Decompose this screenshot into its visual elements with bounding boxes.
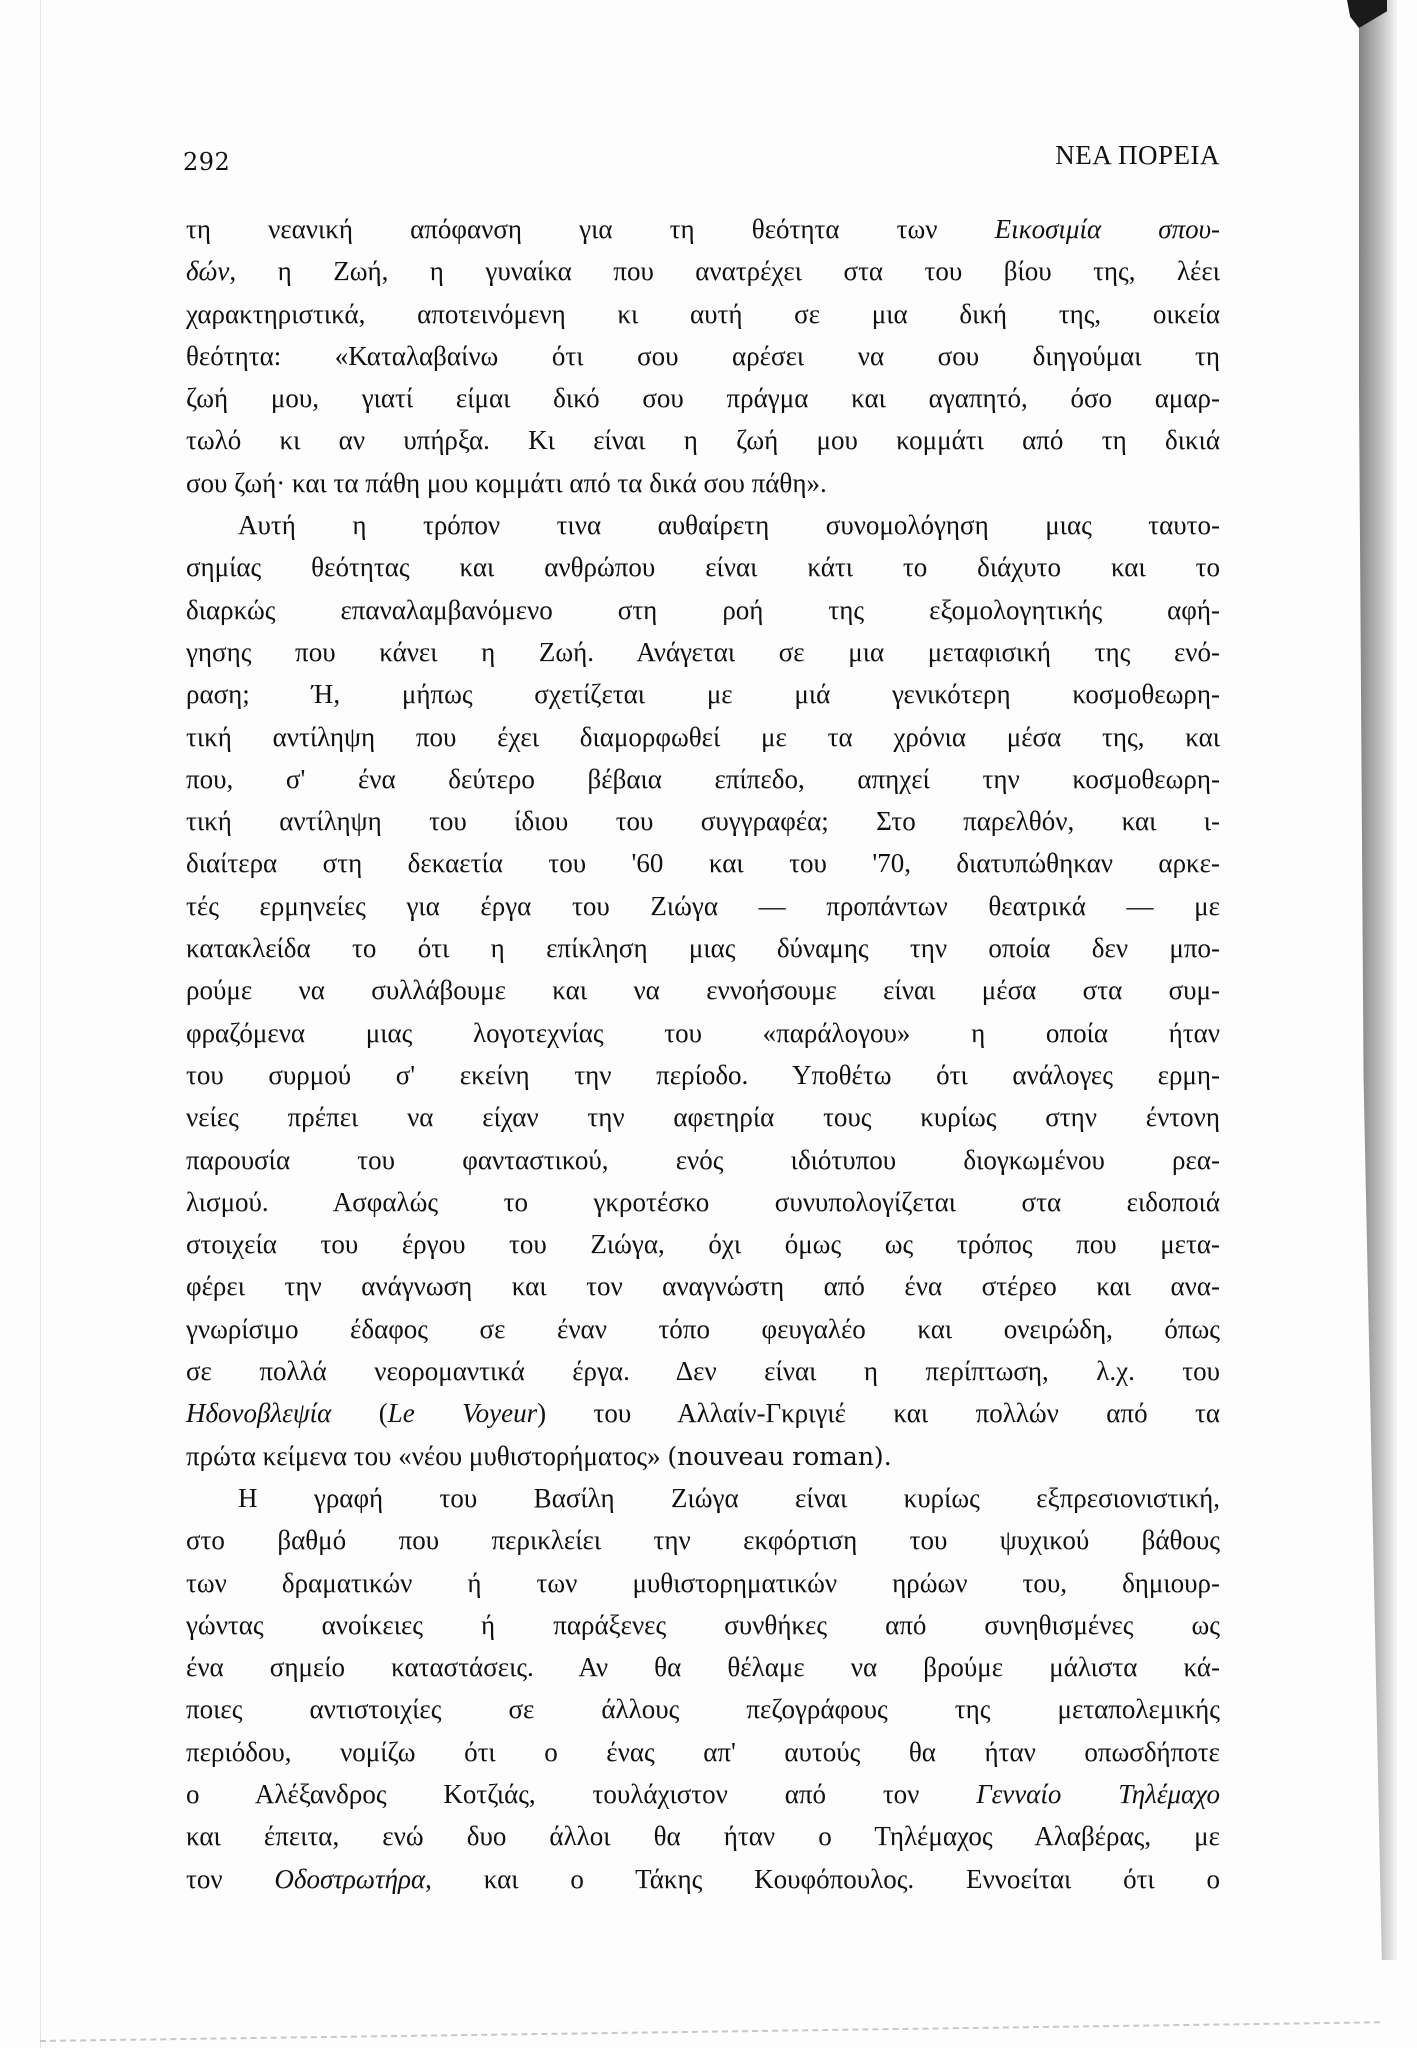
text-line: Η γραφή του Βασίλη Ζιώγα είναι κυρίως εξ…: [186, 1477, 1220, 1519]
binding-shadow: [1359, 0, 1397, 1960]
text-line: γνωρίσιμο έδαφος σε έναν τόπο φευγαλέο κ…: [186, 1308, 1220, 1350]
text-segment: γώντας ανοίκειες ή παράξενες συνθήκες απ…: [186, 1610, 1220, 1640]
text-line: φραζόμενα μιας λογοτεχνίας του «παράλογο…: [186, 1012, 1220, 1054]
text-line: λισμού. Ασφαλώς το γκροτέσκο συνυπολογίζ…: [186, 1181, 1220, 1223]
text-segment: (nouveau roman).: [667, 1442, 891, 1471]
italic-title: Le Voyeur: [388, 1398, 537, 1428]
page-header: 292 ΝΕΑ ΠΟΡΕΙΑ: [183, 140, 1220, 180]
text-line: ο Αλέξανδρος Κοτζιάς, τουλάχιστον από το…: [186, 1773, 1220, 1815]
text-segment: τές ερμηνείες για έργα του Ζιώγα — προπά…: [186, 891, 1220, 921]
text-line: τωλό κι αν υπήρξα. Κι είναι η ζωή μου κο…: [186, 419, 1220, 461]
body-text: τη νεανική απόφανση για τη θεότητα των Ε…: [186, 208, 1220, 1900]
text-segment: ζωή μου, γιατί είμαι δικό σου πράγμα και…: [186, 383, 1220, 413]
text-segment: παρουσία του φανταστικού, ενός ιδιότυπου…: [186, 1145, 1220, 1175]
text-segment: , και ο Τάκης Κουφόπουλος. Εννοείται ότι…: [425, 1864, 1220, 1894]
text-line: παρουσία του φανταστικού, ενός ιδιότυπου…: [186, 1139, 1220, 1181]
text-segment: περιόδου, νομίζω ότι ο ένας απ' αυτούς θ…: [186, 1737, 1220, 1767]
italic-title: δών: [186, 256, 229, 286]
text-line: κατακλείδα το ότι η επίκληση μιας δύναμη…: [186, 927, 1220, 969]
text-line: ζωή μου, γιατί είμαι δικό σου πράγμα και…: [186, 377, 1220, 419]
text-line: Ηδονοβλεψία (Le Voyeur) του Αλλαίν-Γκριγ…: [186, 1392, 1220, 1434]
text-line: τική αντίληψη που έχει διαμορφωθεί με τα…: [186, 716, 1220, 758]
text-segment: νείες πρέπει να είχαν την αφετηρία τους …: [186, 1102, 1220, 1132]
text-line: φέρει την ανάγνωση και τον αναγνώστη από…: [186, 1265, 1220, 1307]
text-segment: χαρακτηριστικά, αποτεινόμενη κι αυτή σε …: [186, 299, 1220, 329]
text-segment: γησης που κάνει η Ζωή. Ανάγεται σε μια μ…: [186, 637, 1220, 667]
text-segment: διαίτερα στη δεκαετία του '60 και του '7…: [186, 848, 1220, 878]
text-segment: σημίας θεότητας και ανθρώπου είναι κάτι …: [186, 552, 1220, 582]
text-segment: ποιες αντιστοιχίες σε άλλους πεζογράφους…: [186, 1694, 1220, 1724]
text-segment: λισμού. Ασφαλώς το γκροτέσκο συνυπολογίζ…: [186, 1187, 1220, 1217]
text-segment: σε πολλά νεορομαντικά έργα. Δεν είναι η …: [186, 1356, 1220, 1386]
italic-title: Οδοστρωτήρα: [274, 1864, 425, 1894]
page-left-edge: [40, 0, 41, 2048]
text-line: γησης που κάνει η Ζωή. Ανάγεται σε μια μ…: [186, 631, 1220, 673]
text-line: διαίτερα στη δεκαετία του '60 και του '7…: [186, 842, 1220, 884]
text-line: του συρμού σ' εκείνη την περίοδο. Υποθέτ…: [186, 1054, 1220, 1096]
text-segment: διαρκώς επαναλαμβανόμενο στη ροή της εξο…: [186, 595, 1220, 625]
text-line: ποιες αντιστοιχίες σε άλλους πεζογράφους…: [186, 1688, 1220, 1730]
text-segment: , η Ζωή, η γυναίκα που ανατρέχει στα του…: [229, 256, 1220, 286]
text-segment: τική αντίληψη του ίδιου του συγγραφέα; Σ…: [186, 806, 1220, 836]
text-line: που, σ' ένα δεύτερο βέβαια επίπεδο, απηχ…: [186, 758, 1220, 800]
text-line: πρώτα κείμενα του «νέου μυθιστορήματος» …: [186, 1435, 1220, 1477]
text-line: σημίας θεότητας και ανθρώπου είναι κάτι …: [186, 546, 1220, 588]
page-bottom-edge: [40, 2021, 1380, 2042]
text-line: γώντας ανοίκειες ή παράξενες συνθήκες απ…: [186, 1604, 1220, 1646]
text-line: των δραματικών ή των μυθιστορηματικών ηρ…: [186, 1562, 1220, 1604]
text-segment: κατακλείδα το ότι η επίκληση μιας δύναμη…: [186, 933, 1220, 963]
text-segment: του συρμού σ' εκείνη την περίοδο. Υποθέτ…: [186, 1060, 1220, 1090]
text-segment: τωλό κι αν υπήρξα. Κι είναι η ζωή μου κο…: [186, 425, 1220, 455]
text-segment: ) του Αλλαίν-Γκριγιέ και πολλών από τα: [537, 1398, 1220, 1428]
page-number: 292: [183, 148, 230, 176]
text-segment: ρούμε να συλλάβουμε και να εννοήσουμε εί…: [186, 975, 1220, 1005]
text-segment: πρώτα κείμενα του «νέου μυθιστορήματος»: [186, 1441, 667, 1471]
text-line: δών, η Ζωή, η γυναίκα που ανατρέχει στα …: [186, 250, 1220, 292]
text-line: νείες πρέπει να είχαν την αφετηρία τους …: [186, 1096, 1220, 1138]
text-line: θεότητα: «Καταλαβαίνω ότι σου αρέσει να …: [186, 335, 1220, 377]
text-line: τική αντίληψη του ίδιου του συγγραφέα; Σ…: [186, 800, 1220, 842]
text-segment: (: [331, 1398, 387, 1428]
text-line: διαρκώς επαναλαμβανόμενο στη ροή της εξο…: [186, 589, 1220, 631]
text-line: χαρακτηριστικά, αποτεινόμενη κι αυτή σε …: [186, 293, 1220, 335]
text-segment: γνωρίσιμο έδαφος σε έναν τόπο φευγαλέο κ…: [186, 1314, 1220, 1344]
text-segment: θεότητα: «Καταλαβαίνω ότι σου αρέσει να …: [186, 341, 1220, 371]
text-segment: τον: [186, 1864, 274, 1894]
running-head: ΝΕΑ ΠΟΡΕΙΑ: [1055, 140, 1220, 171]
text-line: ένα σημείο καταστάσεις. Αν θα θέλαμε να …: [186, 1646, 1220, 1688]
scanned-book-page: 292 ΝΕΑ ΠΟΡΕΙΑ τη νεανική απόφανση για τ…: [0, 0, 1417, 2048]
text-line: Αυτή η τρόπον τινα αυθαίρετη συνομολόγησ…: [186, 504, 1220, 546]
italic-title: Γενναίο Τηλέμαχο: [976, 1779, 1220, 1809]
text-segment: φραζόμενα μιας λογοτεχνίας του «παράλογο…: [186, 1018, 1220, 1048]
text-segment: Η γραφή του Βασίλη Ζιώγα είναι κυρίως εξ…: [238, 1483, 1220, 1513]
text-segment: τη νεανική απόφανση για τη θεότητα των: [186, 214, 995, 244]
text-line: στοιχεία του έργου του Ζιώγα, όχι όμως ω…: [186, 1223, 1220, 1265]
text-segment: ένα σημείο καταστάσεις. Αν θα θέλαμε να …: [186, 1652, 1220, 1682]
text-line: τον Οδοστρωτήρα, και ο Τάκης Κουφόπουλος…: [186, 1858, 1220, 1900]
italic-title: Εικοσιμία σπου-: [995, 214, 1220, 244]
italic-title: Ηδονοβλεψία: [186, 1398, 331, 1428]
text-segment: ραση; Ή, μήπως σχετίζεται με μιά γενικότ…: [186, 679, 1220, 709]
text-segment: Αυτή η τρόπον τινα αυθαίρετη συνομολόγησ…: [238, 510, 1220, 540]
text-segment: και έπειτα, ενώ δυο άλλοι θα ήταν ο Τηλέ…: [186, 1821, 1220, 1851]
text-line: στο βαθμό που περικλείει την εκφόρτιση τ…: [186, 1519, 1220, 1561]
text-segment: φέρει την ανάγνωση και τον αναγνώστη από…: [186, 1271, 1220, 1301]
text-line: σου ζωή· και τα πάθη μου κομμάτι από τα …: [186, 462, 1220, 504]
text-segment: στοιχεία του έργου του Ζιώγα, όχι όμως ω…: [186, 1229, 1220, 1259]
text-segment: τική αντίληψη που έχει διαμορφωθεί με τα…: [186, 722, 1220, 752]
text-segment: στο βαθμό που περικλείει την εκφόρτιση τ…: [186, 1525, 1220, 1555]
text-line: περιόδου, νομίζω ότι ο ένας απ' αυτούς θ…: [186, 1731, 1220, 1773]
text-line: σε πολλά νεορομαντικά έργα. Δεν είναι η …: [186, 1350, 1220, 1392]
text-line: και έπειτα, ενώ δυο άλλοι θα ήταν ο Τηλέ…: [186, 1815, 1220, 1857]
text-line: τη νεανική απόφανση για τη θεότητα των Ε…: [186, 208, 1220, 250]
text-line: ραση; Ή, μήπως σχετίζεται με μιά γενικότ…: [186, 673, 1220, 715]
text-line: ρούμε να συλλάβουμε και να εννοήσουμε εί…: [186, 969, 1220, 1011]
text-segment: των δραματικών ή των μυθιστορηματικών ηρ…: [186, 1568, 1220, 1598]
text-segment: που, σ' ένα δεύτερο βέβαια επίπεδο, απηχ…: [186, 764, 1220, 794]
text-segment: σου ζωή· και τα πάθη μου κομμάτι από τα …: [186, 468, 827, 498]
text-segment: ο Αλέξανδρος Κοτζιάς, τουλάχιστον από το…: [186, 1779, 976, 1809]
text-line: τές ερμηνείες για έργα του Ζιώγα — προπά…: [186, 885, 1220, 927]
